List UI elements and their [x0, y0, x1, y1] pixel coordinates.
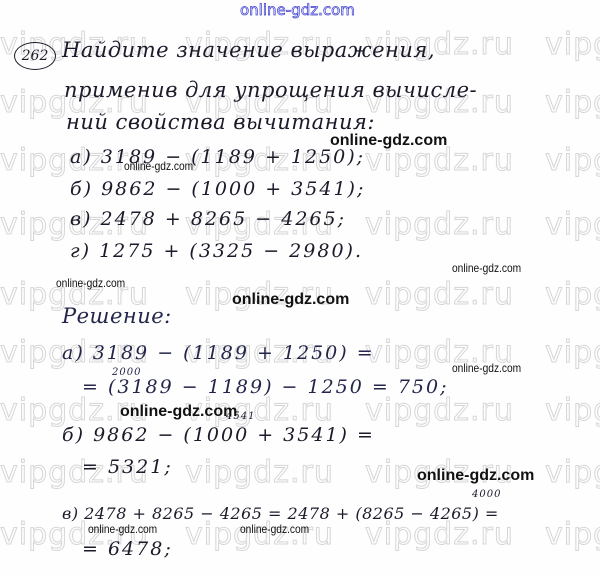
solution-b-line-2: = 5321;: [82, 458, 173, 477]
solution-label: а): [62, 342, 85, 364]
homework-page: vipgdz.ruvipgdz.ruvipgdz.ruvipgdz.ruvipg…: [0, 0, 600, 576]
overlay-watermark: online-gdz.com: [330, 133, 447, 149]
item-expression: 1275 + (3325 − 2980).: [99, 240, 363, 262]
background-watermark: vipgdz.ru: [545, 396, 600, 426]
solution-label: в): [62, 504, 79, 523]
solution-v-annotation: 4000: [472, 490, 501, 500]
solution-label: б): [62, 424, 85, 446]
problem-number: 262: [14, 42, 56, 70]
problem-item-g: г) 1275 + (3325 − 2980).: [70, 242, 363, 261]
background-watermark: vipgdz.ru: [545, 458, 600, 488]
problem-item-b: б) 9862 − (1000 + 3541);: [70, 180, 365, 199]
background-watermark: vipgdz.ru: [545, 210, 600, 240]
background-watermark: vipgdz.ru: [545, 146, 600, 176]
background-watermark: vipgdz.ru: [545, 520, 600, 550]
item-expression: 2478 + 8265 − 4265;: [101, 208, 346, 230]
problem-item-v: в) 2478 + 8265 − 4265;: [70, 210, 346, 229]
background-watermark: vipgdz.ru: [365, 396, 514, 426]
item-label: г): [70, 240, 91, 262]
solution-expression: 9862 − (1000 + 3541) =: [93, 424, 375, 446]
item-label: в): [70, 208, 92, 230]
background-watermark: vipgdz.ru: [365, 280, 514, 310]
overlay-watermark: online-gdz.com: [240, 523, 309, 535]
overlay-watermark: online-gdz.com: [56, 277, 125, 289]
background-watermark: vipgdz.ru: [365, 520, 514, 550]
item-label: б): [70, 178, 93, 200]
overlay-watermark: online-gdz.com: [417, 468, 534, 484]
overlay-watermark: online-gdz.com: [124, 160, 193, 172]
solution-expression: 3189 − (1189 + 1250) =: [93, 342, 375, 364]
solution-heading: Решение:: [62, 306, 172, 327]
overlay-watermark: online-gdz.com: [120, 404, 237, 420]
top-site-watermark: online-gdz.com: [240, 3, 355, 18]
background-watermark: vipgdz.ru: [365, 210, 514, 240]
problem-statement-line-2: применив для упрощения вычисле-: [64, 80, 477, 101]
problem-statement-line-1: Найдите значение выражения,: [62, 40, 435, 61]
background-watermark: vipgdz.ru: [545, 280, 600, 310]
background-watermark: vipgdz.ru: [185, 458, 334, 488]
overlay-watermark: online-gdz.com: [452, 362, 521, 374]
background-watermark: vipgdz.ru: [545, 338, 600, 368]
item-expression: 9862 − (1000 + 3541);: [101, 178, 365, 200]
problem-item-a: а) 3189 − (1189 + 1250);: [70, 148, 365, 167]
solution-a-line-1: а) 3189 − (1189 + 1250) =: [62, 344, 375, 363]
solution-v-line-2: = 6478;: [82, 540, 173, 559]
solution-expression: 2478 + 8265 − 4265 = 2478 + (8265 − 4265…: [84, 504, 499, 523]
solution-v-line-1: в) 2478 + 8265 − 4265 = 2478 + (8265 − 4…: [62, 506, 499, 522]
background-watermark: vipgdz.ru: [545, 88, 600, 118]
background-watermark: vipgdz.ru: [545, 30, 600, 60]
solution-a-line-2: = (3189 − 1189) − 1250 = 750;: [82, 378, 449, 397]
overlay-watermark: online-gdz.com: [452, 262, 521, 274]
overlay-watermark: online-gdz.com: [232, 292, 349, 308]
item-label: а): [70, 146, 93, 168]
solution-b-line-1: б) 9862 − (1000 + 3541) =: [62, 426, 375, 445]
background-watermark: vipgdz.ru: [365, 146, 514, 176]
overlay-watermark: online-gdz.com: [88, 523, 157, 535]
problem-statement-line-3: ний свойства вычитания:: [66, 112, 375, 133]
